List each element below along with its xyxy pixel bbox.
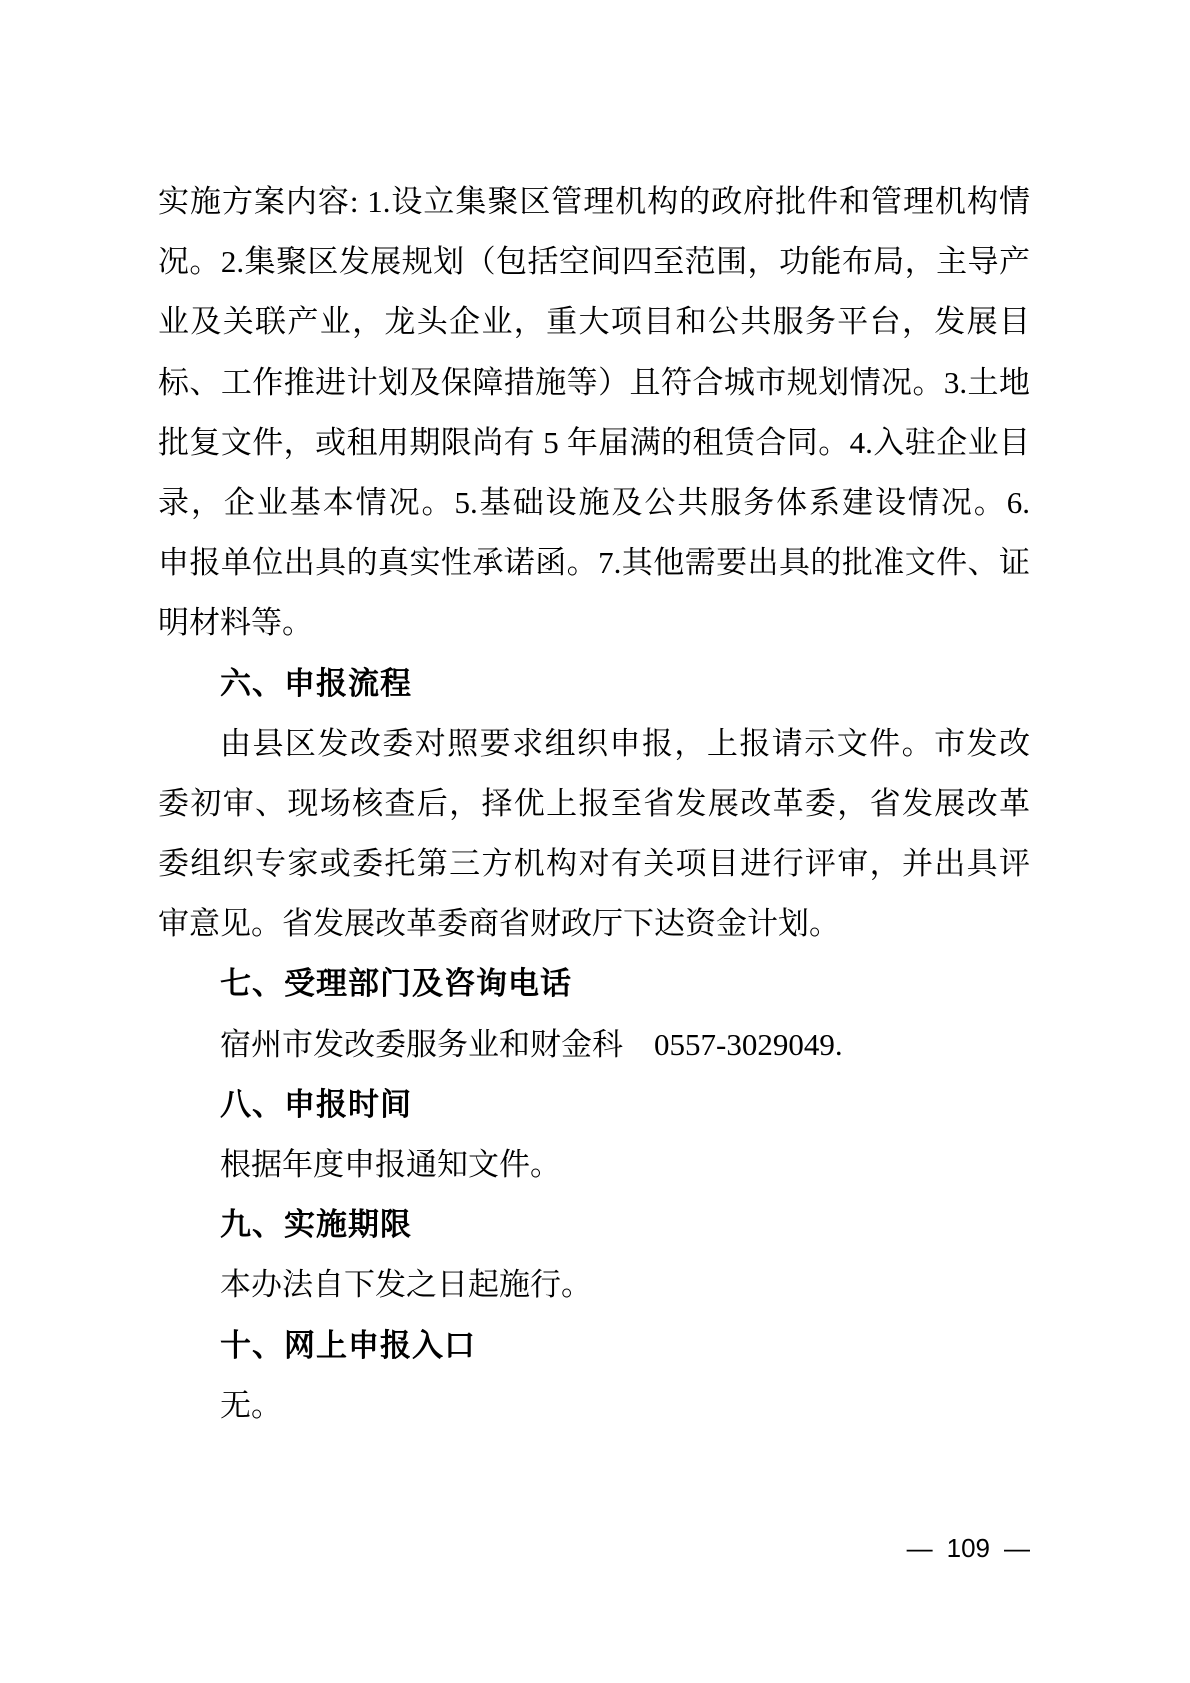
body-text-line: 审意见。省发展改革委商省财政厅下达资金计划。 [158,894,1030,954]
body-text-line: 标、工作推进计划及保障措施等）且符合城市规划情况。3.土地 [158,353,1030,413]
page-number-dash-left: — [907,1533,933,1563]
body-text-line: 委初审、现场核查后，择优上报至省发展改革委，省发展改革 [158,774,1030,834]
body-text-line: 实施方案内容: 1.设立集聚区管理机构的政府批件和管理机构情 [158,172,1030,232]
body-text-line: 无。 [158,1376,1030,1436]
document-body: 实施方案内容: 1.设立集聚区管理机构的政府批件和管理机构情 况。2.集聚区发展… [158,172,1030,1436]
section-heading-9: 九、实施期限 [158,1195,1030,1255]
page-number-dash-right: — [1004,1533,1030,1563]
body-text-line: 况。2.集聚区发展规划（包括空间四至范围，功能布局，主导产 [158,232,1030,292]
section-heading-8: 八、申报时间 [158,1075,1030,1135]
contact-phone-line: 宿州市发改委服务业和财金科 0557-3029049. [158,1015,1030,1075]
body-text-line: 批复文件，或租用期限尚有 5 年届满的租赁合同。4.入驻企业目 [158,413,1030,473]
document-page: 实施方案内容: 1.设立集聚区管理机构的政府批件和管理机构情 况。2.集聚区发展… [0,0,1190,1683]
body-text-line: 业及关联产业，龙头企业，重大项目和公共服务平台，发展目 [158,292,1030,352]
page-number: — 109 — [907,1533,1030,1563]
body-text-line: 由县区发改委对照要求组织申报，上报请示文件。市发改 [158,714,1030,774]
body-text-line: 委组织专家或委托第三方机构对有关项目进行评审，并出具评 [158,834,1030,894]
body-text-line: 申报单位出具的真实性承诺函。7.其他需要出具的批准文件、证 [158,533,1030,593]
body-text-line: 明材料等。 [158,593,1030,653]
page-number-value: 109 [947,1533,990,1563]
body-text-line: 本办法自下发之日起施行。 [158,1255,1030,1315]
section-heading-7: 七、受理部门及咨询电话 [158,954,1030,1014]
section-heading-10: 十、网上申报入口 [158,1316,1030,1376]
section-heading-6: 六、申报流程 [158,654,1030,714]
body-text-line: 录，企业基本情况。5.基础设施及公共服务体系建设情况。6. [158,473,1030,533]
body-text-line: 根据年度申报通知文件。 [158,1135,1030,1195]
